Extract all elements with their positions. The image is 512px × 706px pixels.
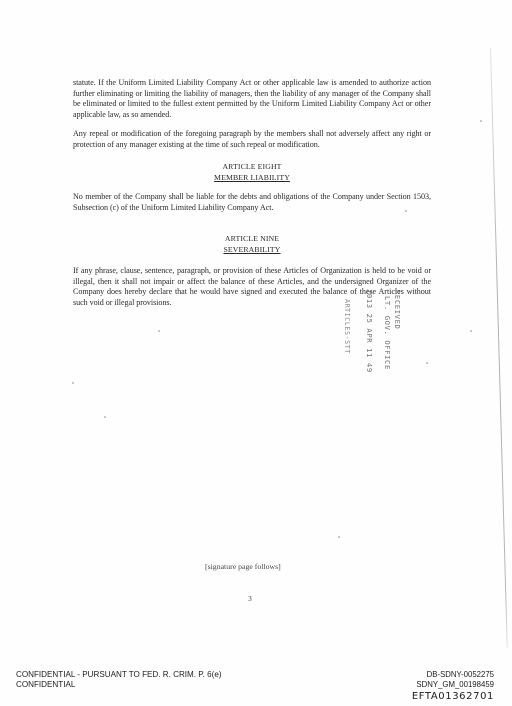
- scan-speck: [405, 210, 407, 212]
- scan-speck: [480, 120, 482, 122]
- document-page: statute. If the Uniform Limited Liabilit…: [0, 0, 512, 706]
- confidential-footer: CONFIDENTIAL - PURSUANT TO FED. R. CRIM.…: [16, 670, 222, 691]
- bates-numbers: DB-SDNY-0052275 SDNY_GM_00198459 EFTA013…: [412, 670, 494, 703]
- stamp-line-articles: ARTICLES-STT: [343, 299, 351, 354]
- article-nine-title: SEVERABILITY: [73, 245, 431, 256]
- scan-speck: [158, 330, 160, 332]
- paragraph-severability: If any phrase, clause, sentence, paragra…: [73, 266, 431, 309]
- stamp-line-date: 2013 25 APR 11 49: [365, 289, 374, 373]
- page-number: 3: [248, 594, 252, 603]
- scan-edge-artifact: [490, 48, 508, 648]
- article-eight-title: MEMBER LIABILITY: [73, 173, 431, 184]
- scan-speck: [104, 416, 106, 418]
- paragraph-member-liability: No member of the Company shall be liable…: [73, 192, 431, 213]
- paragraph-repeal-modification: Any repeal or modification of the forego…: [73, 129, 431, 150]
- bates-db-sdny: DB-SDNY-0052275: [412, 670, 494, 680]
- paragraph-manager-liability: statute. If the Uniform Limited Liabilit…: [73, 78, 431, 121]
- scan-speck: [470, 330, 472, 332]
- confidential-notice: CONFIDENTIAL - PURSUANT TO FED. R. CRIM.…: [16, 670, 222, 680]
- article-nine-heading: ARTICLE NINE SEVERABILITY: [73, 234, 431, 255]
- stamp-line-received: RECEIVED: [393, 290, 402, 329]
- bates-sdny-gm: SDNY_GM_00198459: [412, 680, 494, 690]
- scan-speck: [426, 362, 428, 364]
- confidential-label: CONFIDENTIAL: [16, 680, 222, 690]
- article-nine-number: ARTICLE NINE: [73, 234, 431, 245]
- article-eight-number: ARTICLE EIGHT: [73, 162, 431, 173]
- signature-page-note: [signature page follows]: [205, 562, 281, 571]
- scan-speck: [72, 382, 74, 384]
- stamp-line-office: LT. GOV. OFFICE: [383, 296, 392, 370]
- scan-speck: [338, 536, 340, 538]
- bates-efta: EFTA01362701: [412, 691, 494, 703]
- article-eight-heading: ARTICLE EIGHT MEMBER LIABILITY: [73, 162, 431, 183]
